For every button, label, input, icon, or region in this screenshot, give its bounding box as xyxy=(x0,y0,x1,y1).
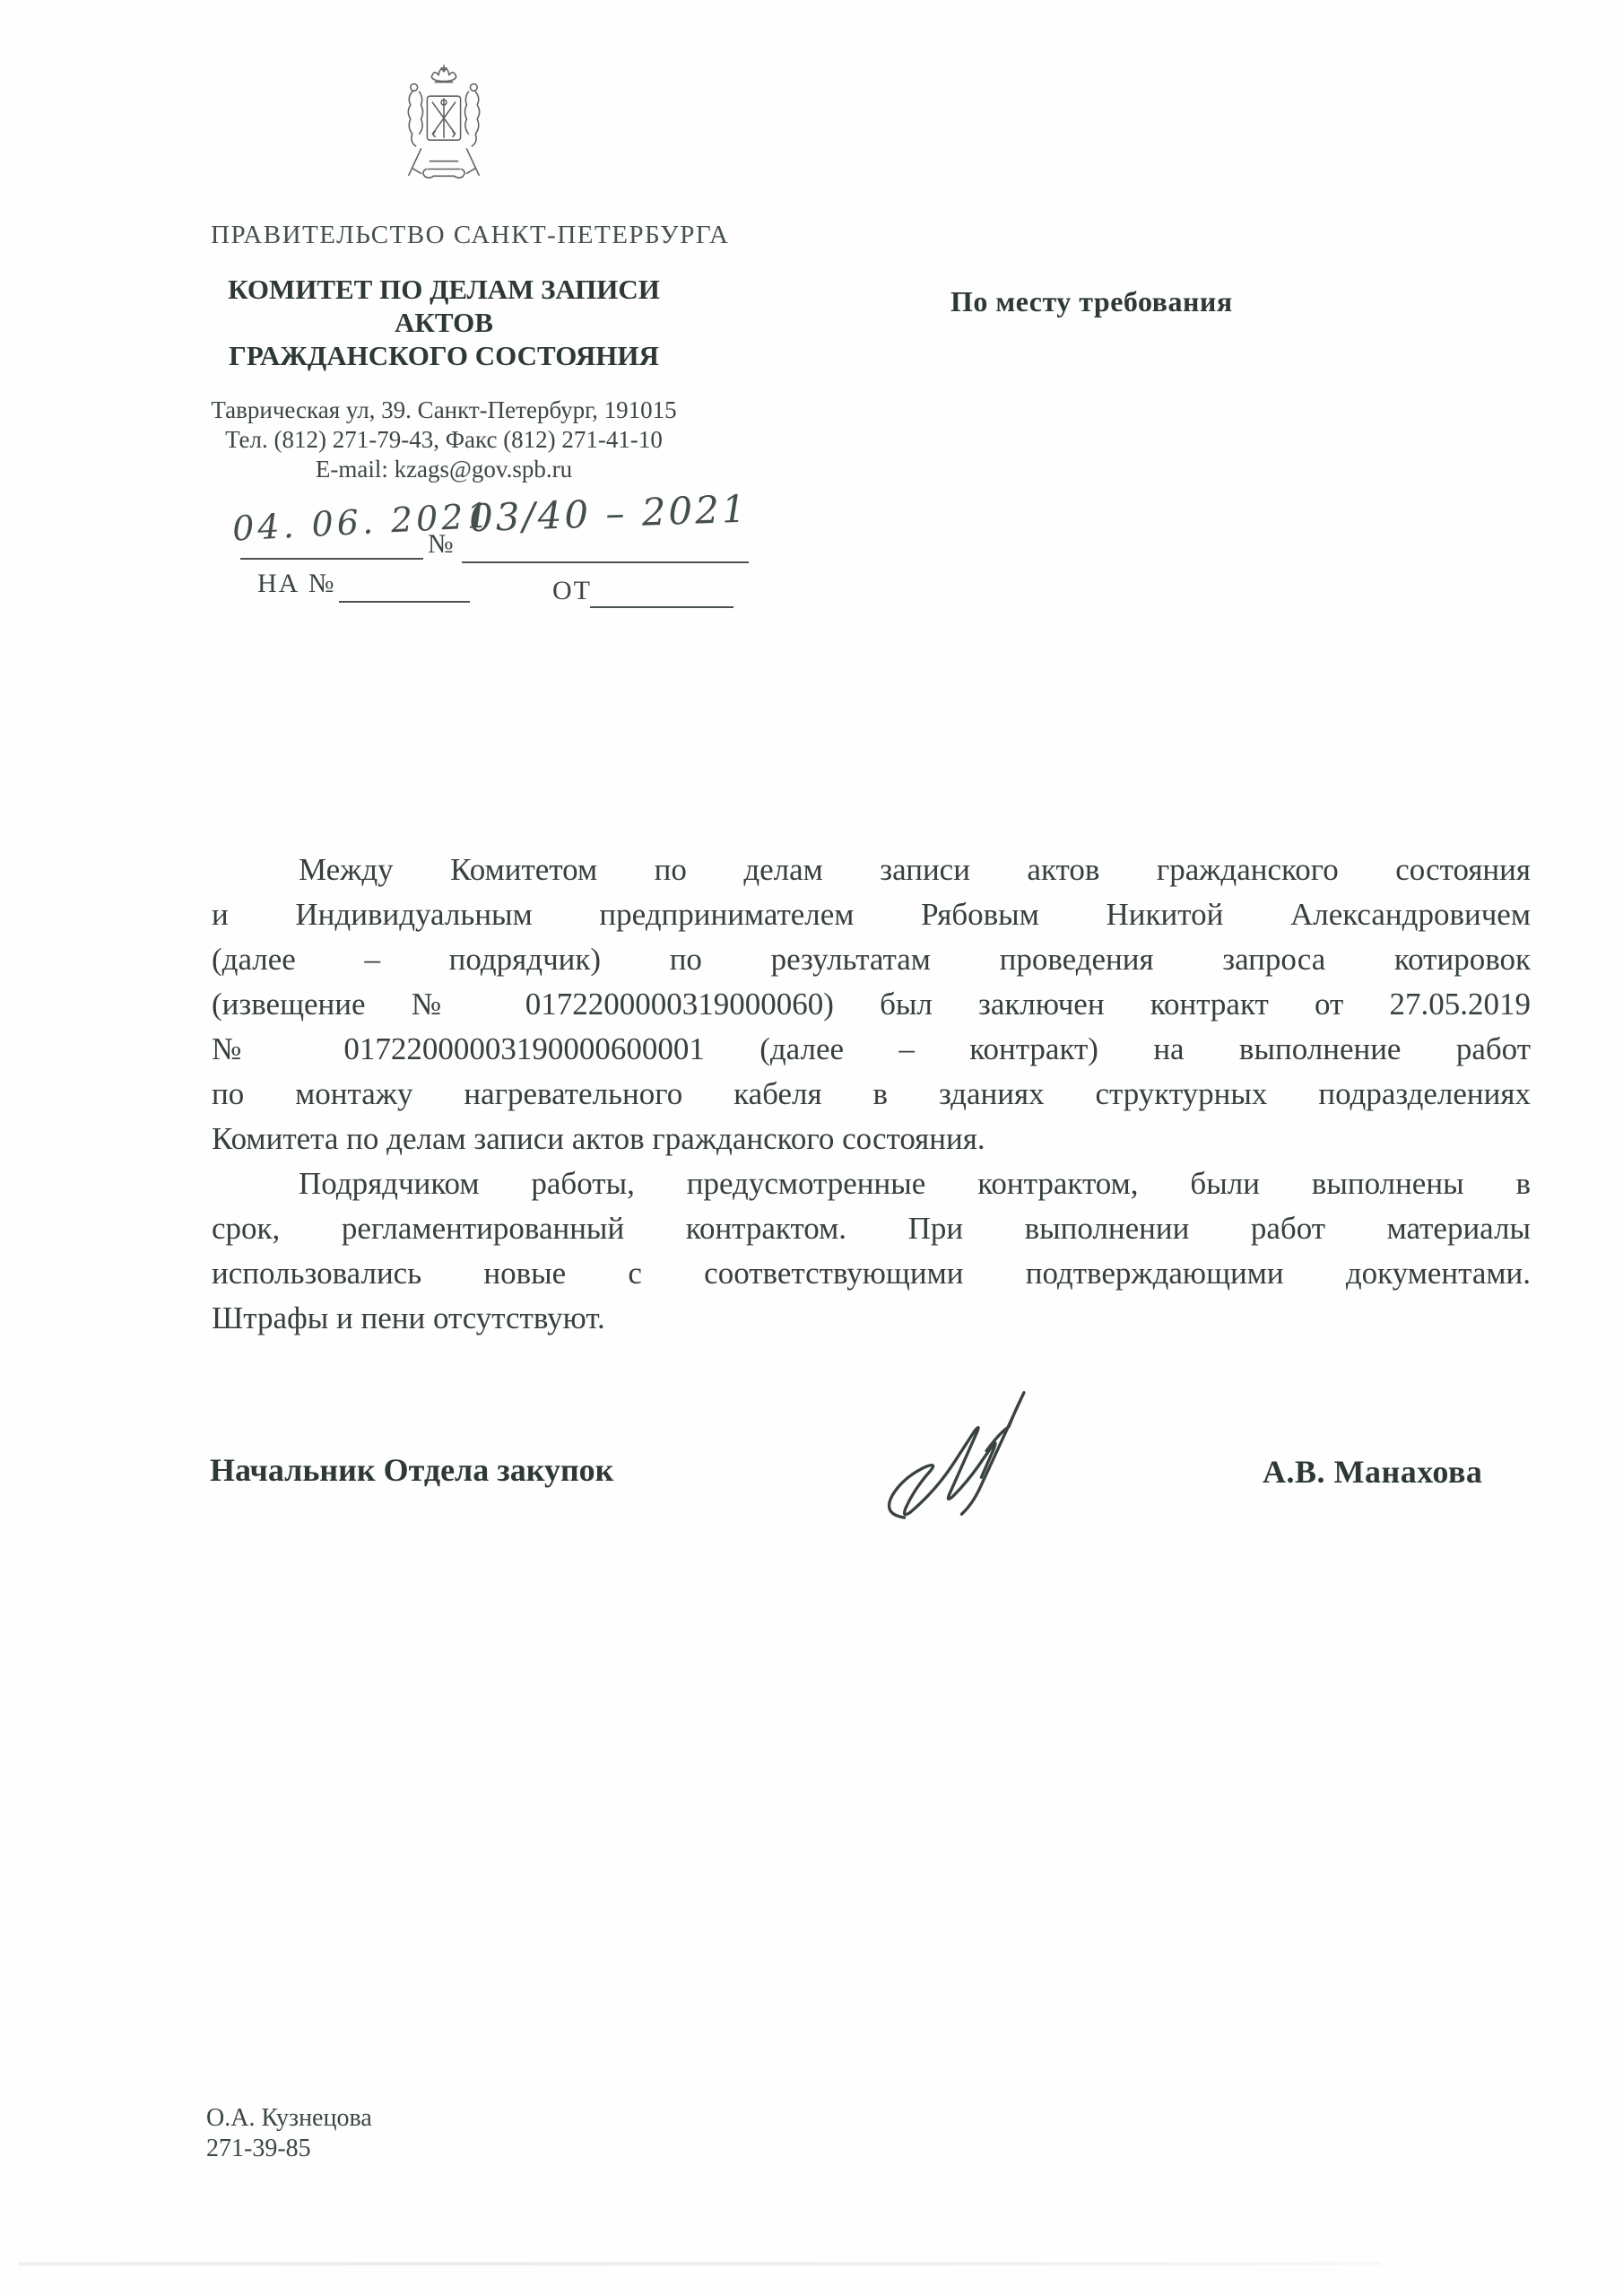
paragraph-1: Между Комитетом по делам записи актов гр… xyxy=(212,848,1531,1161)
coat-of-arms-icon xyxy=(400,63,488,190)
paragraph-2: Подрядчиком работы, предусмотренные конт… xyxy=(212,1161,1531,1341)
email-line: E-mail: kzags@gov.spb.ru xyxy=(211,455,677,484)
body-line: по монтажу нагревательного кабеля в здан… xyxy=(212,1072,1531,1117)
body-line: (извещение № 0172200000319000060) был за… xyxy=(212,982,1531,1027)
body-line: Между Комитетом по делам записи актов гр… xyxy=(212,848,1531,892)
body-line: использовались новые с соответствующими … xyxy=(212,1251,1531,1296)
signature-position-title: Начальник Отдела закупок xyxy=(210,1451,613,1489)
ot-underline xyxy=(590,606,733,608)
letterhead: ПРАВИТЕЛЬСТВО САНКТ-ПЕТЕРБУРГА КОМИТЕТ П… xyxy=(211,63,677,484)
date-underline xyxy=(240,558,423,560)
ot-label: ОТ xyxy=(552,576,592,606)
body-line: Подрядчиком работы, предусмотренные конт… xyxy=(212,1161,1531,1206)
scan-artifact-line xyxy=(18,2262,1381,2266)
number-underline xyxy=(462,561,749,563)
reference-block: 04. 06. 2021 № 03/40 – 2021 НА № ОТ xyxy=(211,502,803,628)
executor-block: О.А. Кузнецова 271-39-85 xyxy=(206,2103,372,2164)
government-title: ПРАВИТЕЛЬСТВО САНКТ-ПЕТЕРБУРГА xyxy=(211,221,677,250)
body-line: Комитета по делам записи актов гражданск… xyxy=(212,1117,1531,1161)
committee-name-line2: ГРАЖДАНСКОГО СОСТОЯНИЯ xyxy=(211,339,677,372)
na-no-label: НА № xyxy=(257,569,335,599)
number-sign-label: № xyxy=(428,529,454,560)
executor-phone: 271-39-85 xyxy=(206,2134,372,2164)
executor-name: О.А. Кузнецова xyxy=(206,2103,372,2134)
letter-body: Между Комитетом по делам записи актов гр… xyxy=(212,848,1531,1341)
outgoing-date-handwritten: 04. 06. 2021 xyxy=(231,495,493,548)
contact-block: Таврическая ул, 39. Санкт-Петербург, 191… xyxy=(211,396,677,484)
body-line: № 01722000003190000600001 (далее – контр… xyxy=(212,1027,1531,1072)
addressee-note: По месту требования xyxy=(950,285,1233,318)
body-line: (далее – подрядчик) по результатам прове… xyxy=(212,937,1531,982)
outgoing-number-handwritten: 03/40 – 2021 xyxy=(468,487,749,541)
committee-name: КОМИТЕТ ПО ДЕЛАМ ЗАПИСИ АКТОВ ГРАЖДАНСКО… xyxy=(211,273,677,372)
address-line: Таврическая ул, 39. Санкт-Петербург, 191… xyxy=(211,396,677,425)
body-line: и Индивидуальным предпринимателем Рябовы… xyxy=(212,892,1531,937)
body-line: Штрафы и пени отсутствуют. xyxy=(212,1296,1531,1341)
body-line: срок, регламентированный контрактом. При… xyxy=(212,1206,1531,1251)
signatory-name: А.В. Манахова xyxy=(1263,1453,1482,1491)
phone-fax-line: Тел. (812) 271-79-43, Факс (812) 271-41-… xyxy=(211,425,677,455)
letter-page: ПРАВИТЕЛЬСТВО САНКТ-ПЕТЕРБУРГА КОМИТЕТ П… xyxy=(0,0,1623,2296)
handwritten-signature-icon xyxy=(874,1350,1085,1538)
committee-name-line1: КОМИТЕТ ПО ДЕЛАМ ЗАПИСИ АКТОВ xyxy=(211,273,677,339)
na-no-underline xyxy=(339,601,470,603)
